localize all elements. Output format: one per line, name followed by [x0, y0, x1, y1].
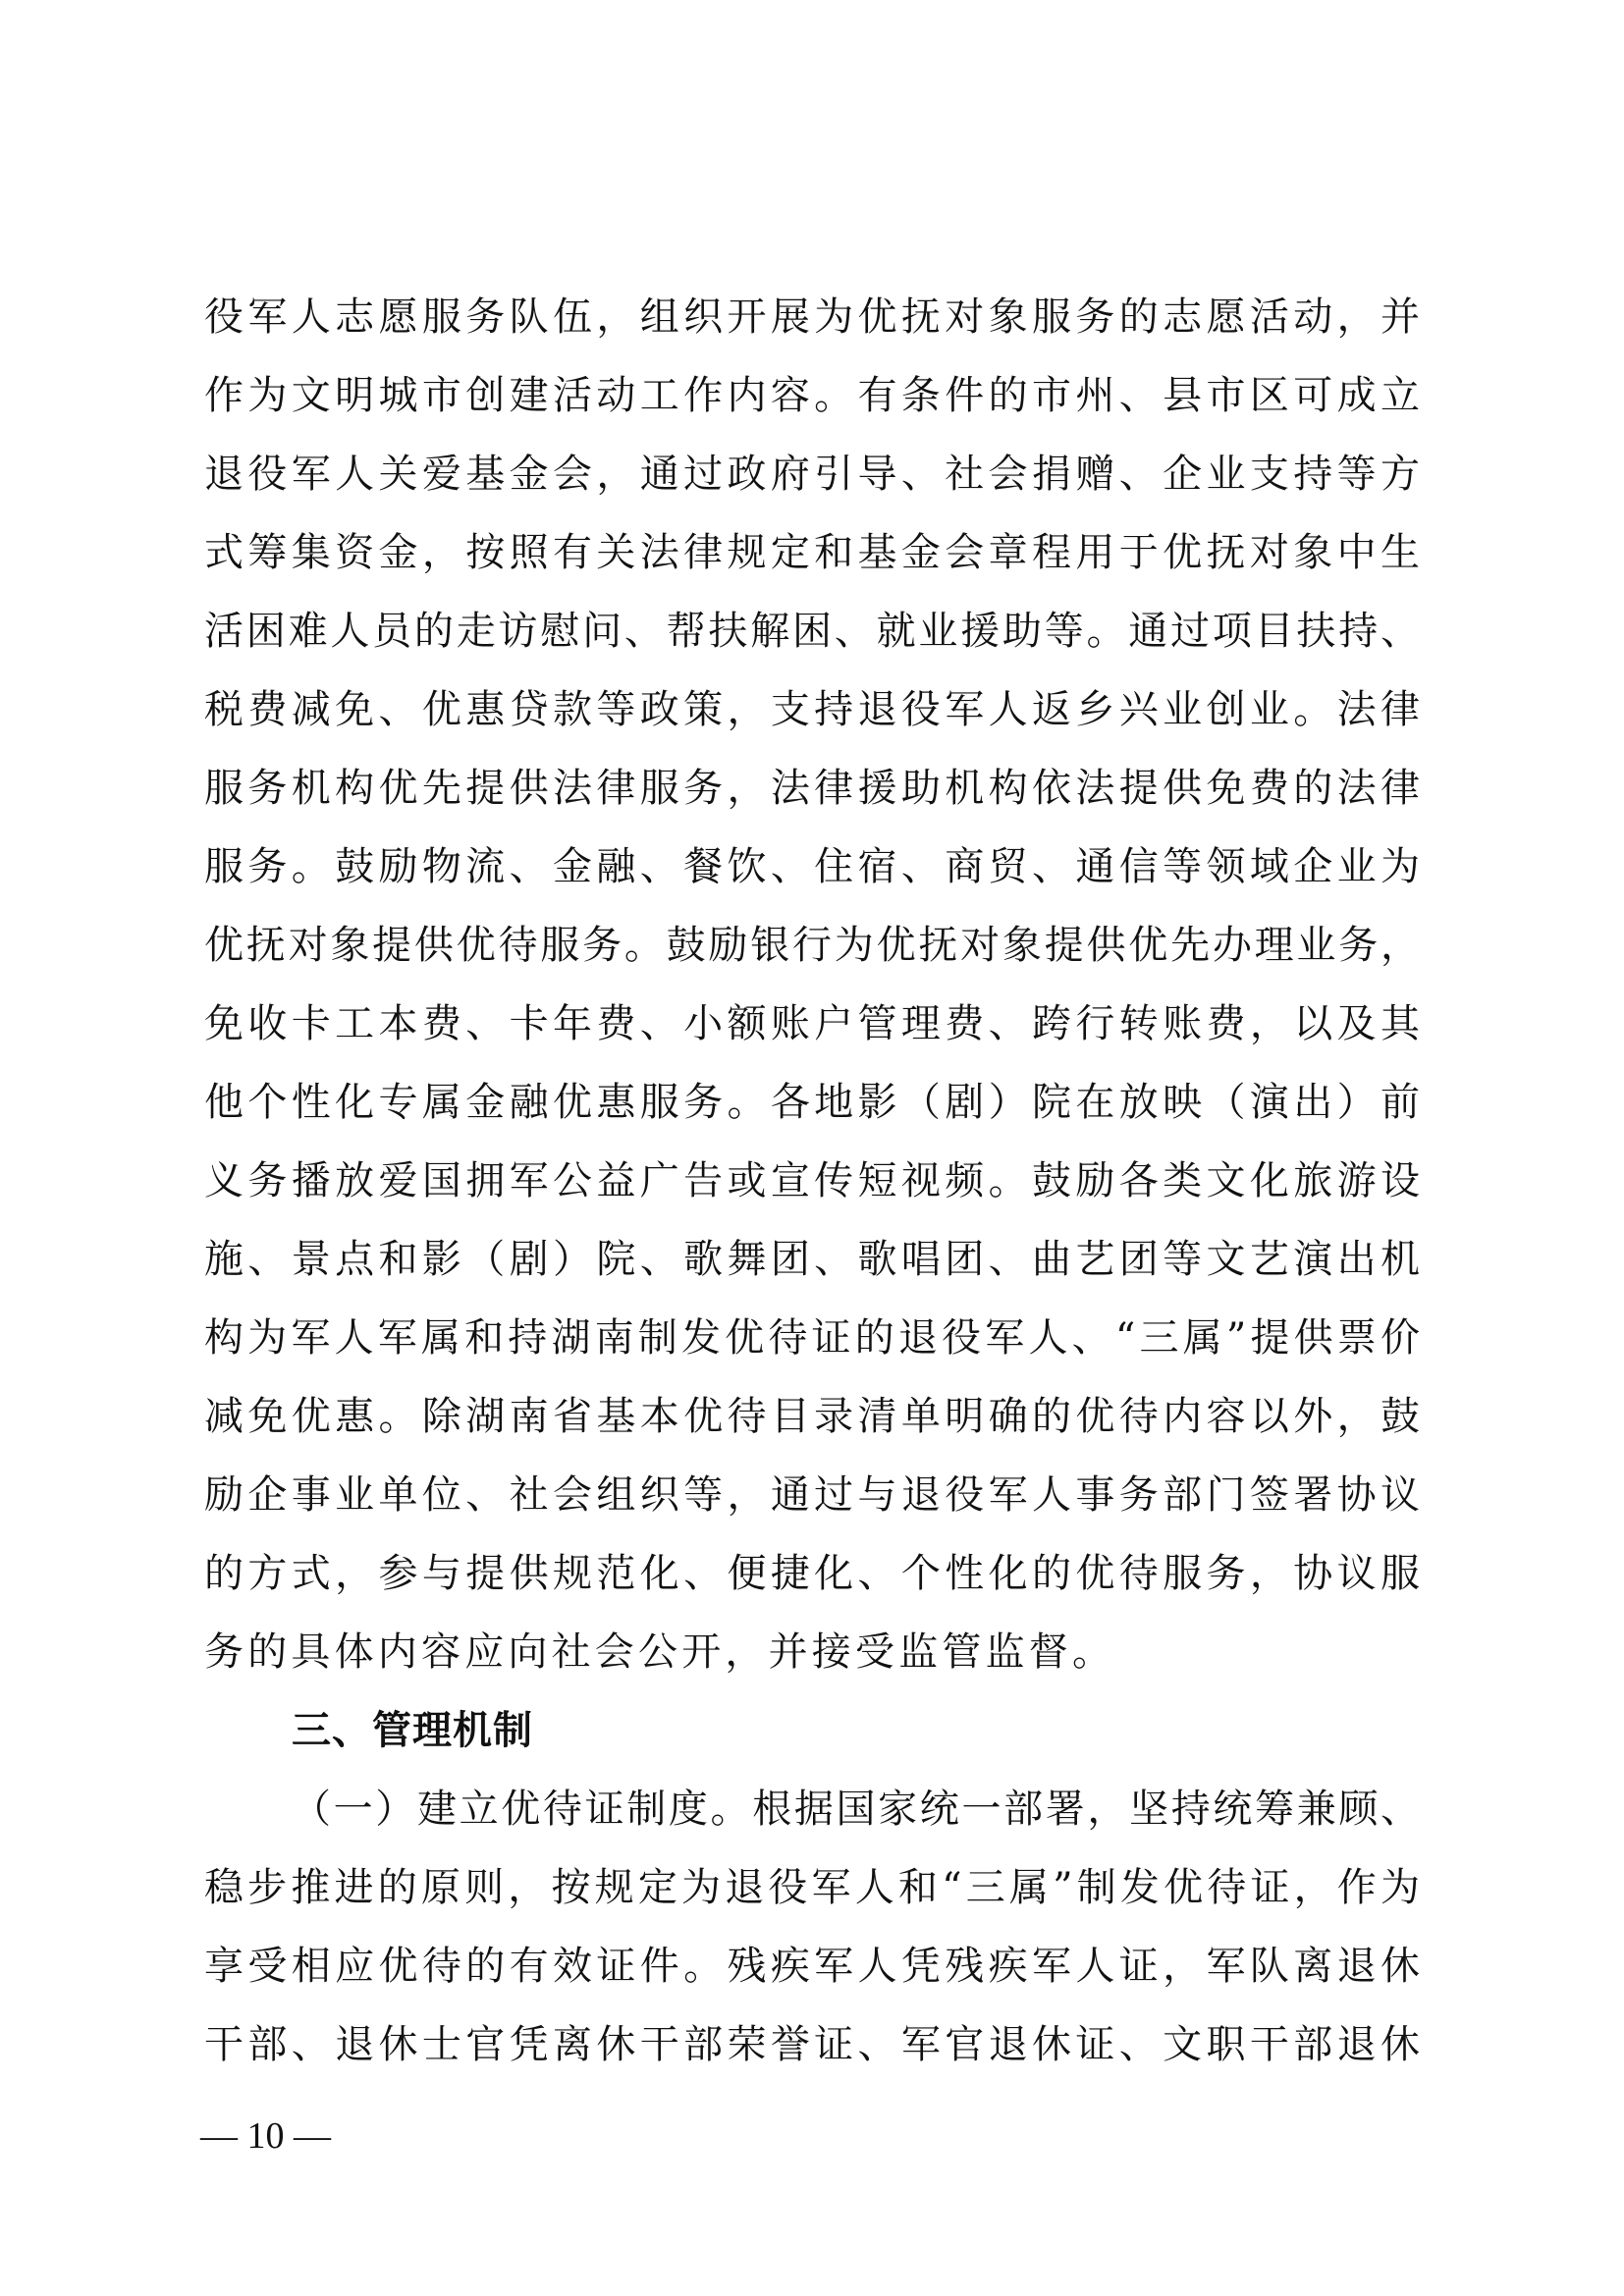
body-line-last: 务的具体内容应向社会公开，并接受监管监督。 [204, 1623, 1420, 1682]
body-line: 减免优惠。除湖南省基本优待目录清单明确的优待内容以外，鼓 [204, 1387, 1420, 1446]
body-line: 税费减免、优惠贷款等政策，支持退役军人返乡兴业创业。法律 [204, 680, 1420, 739]
section-heading: 三、管理机制 [292, 1701, 533, 1760]
subsection-line: 稳步推进的原则，按规定为退役军人和“三属”制发优待证，作为 [204, 1858, 1420, 1917]
body-line: 活困难人员的走访慰问、帮扶解困、就业援助等。通过项目扶持、 [204, 602, 1420, 661]
body-line: 施、景点和影（剧）院、歌舞团、歌唱团、曲艺团等文艺演出机 [204, 1230, 1420, 1289]
document-page: 役军人志愿服务队伍，组织开展为优抚对象服务的志愿活动，并 作为文明城市创建活动工… [0, 0, 1624, 2296]
subsection-first-line: （一）建立优待证制度。根据国家统一部署，坚持统筹兼顾、 [292, 1780, 1420, 1839]
body-line: 式筹集资金，按照有关法律规定和基金会章程用于优抚对象中生 [204, 523, 1420, 582]
body-line: 免收卡工本费、卡年费、小额账户管理费、跨行转账费，以及其 [204, 994, 1420, 1053]
body-line: 优抚对象提供优待服务。鼓励银行为优抚对象提供优先办理业务， [204, 916, 1420, 975]
page-number: — 10 — [200, 2112, 331, 2160]
body-line: 服务。鼓励物流、金融、餐饮、住宿、商贸、通信等领域企业为 [204, 837, 1420, 896]
body-line: 励企事业单位、社会组织等，通过与退役军人事务部门签署协议 [204, 1466, 1420, 1524]
subsection-line: 享受相应优待的有效证件。残疾军人凭残疾军人证，军队离退休 [204, 1937, 1420, 1996]
body-line: 义务播放爱国拥军公益广告或宣传短视频。鼓励各类文化旅游设 [204, 1151, 1420, 1210]
body-line: 他个性化专属金融优惠服务。各地影（剧）院在放映（演出）前 [204, 1073, 1420, 1132]
body-line: 役军人志愿服务队伍，组织开展为优抚对象服务的志愿活动，并 [204, 288, 1420, 347]
body-line: 的方式，参与提供规范化、便捷化、个性化的优待服务，协议服 [204, 1544, 1420, 1603]
body-line: 构为军人军属和持湖南制发优待证的退役军人、“三属”提供票价 [204, 1308, 1420, 1367]
subsection-line: 干部、退休士官凭离休干部荣誉证、军官退休证、文职干部退休 [204, 2015, 1420, 2074]
body-line: 作为文明城市创建活动工作内容。有条件的市州、县市区可成立 [204, 366, 1420, 425]
body-line: 退役军人关爱基金会，通过政府引导、社会捐赠、企业支持等方 [204, 445, 1420, 504]
body-line: 服务机构优先提供法律服务，法律援助机构依法提供免费的法律 [204, 759, 1420, 818]
